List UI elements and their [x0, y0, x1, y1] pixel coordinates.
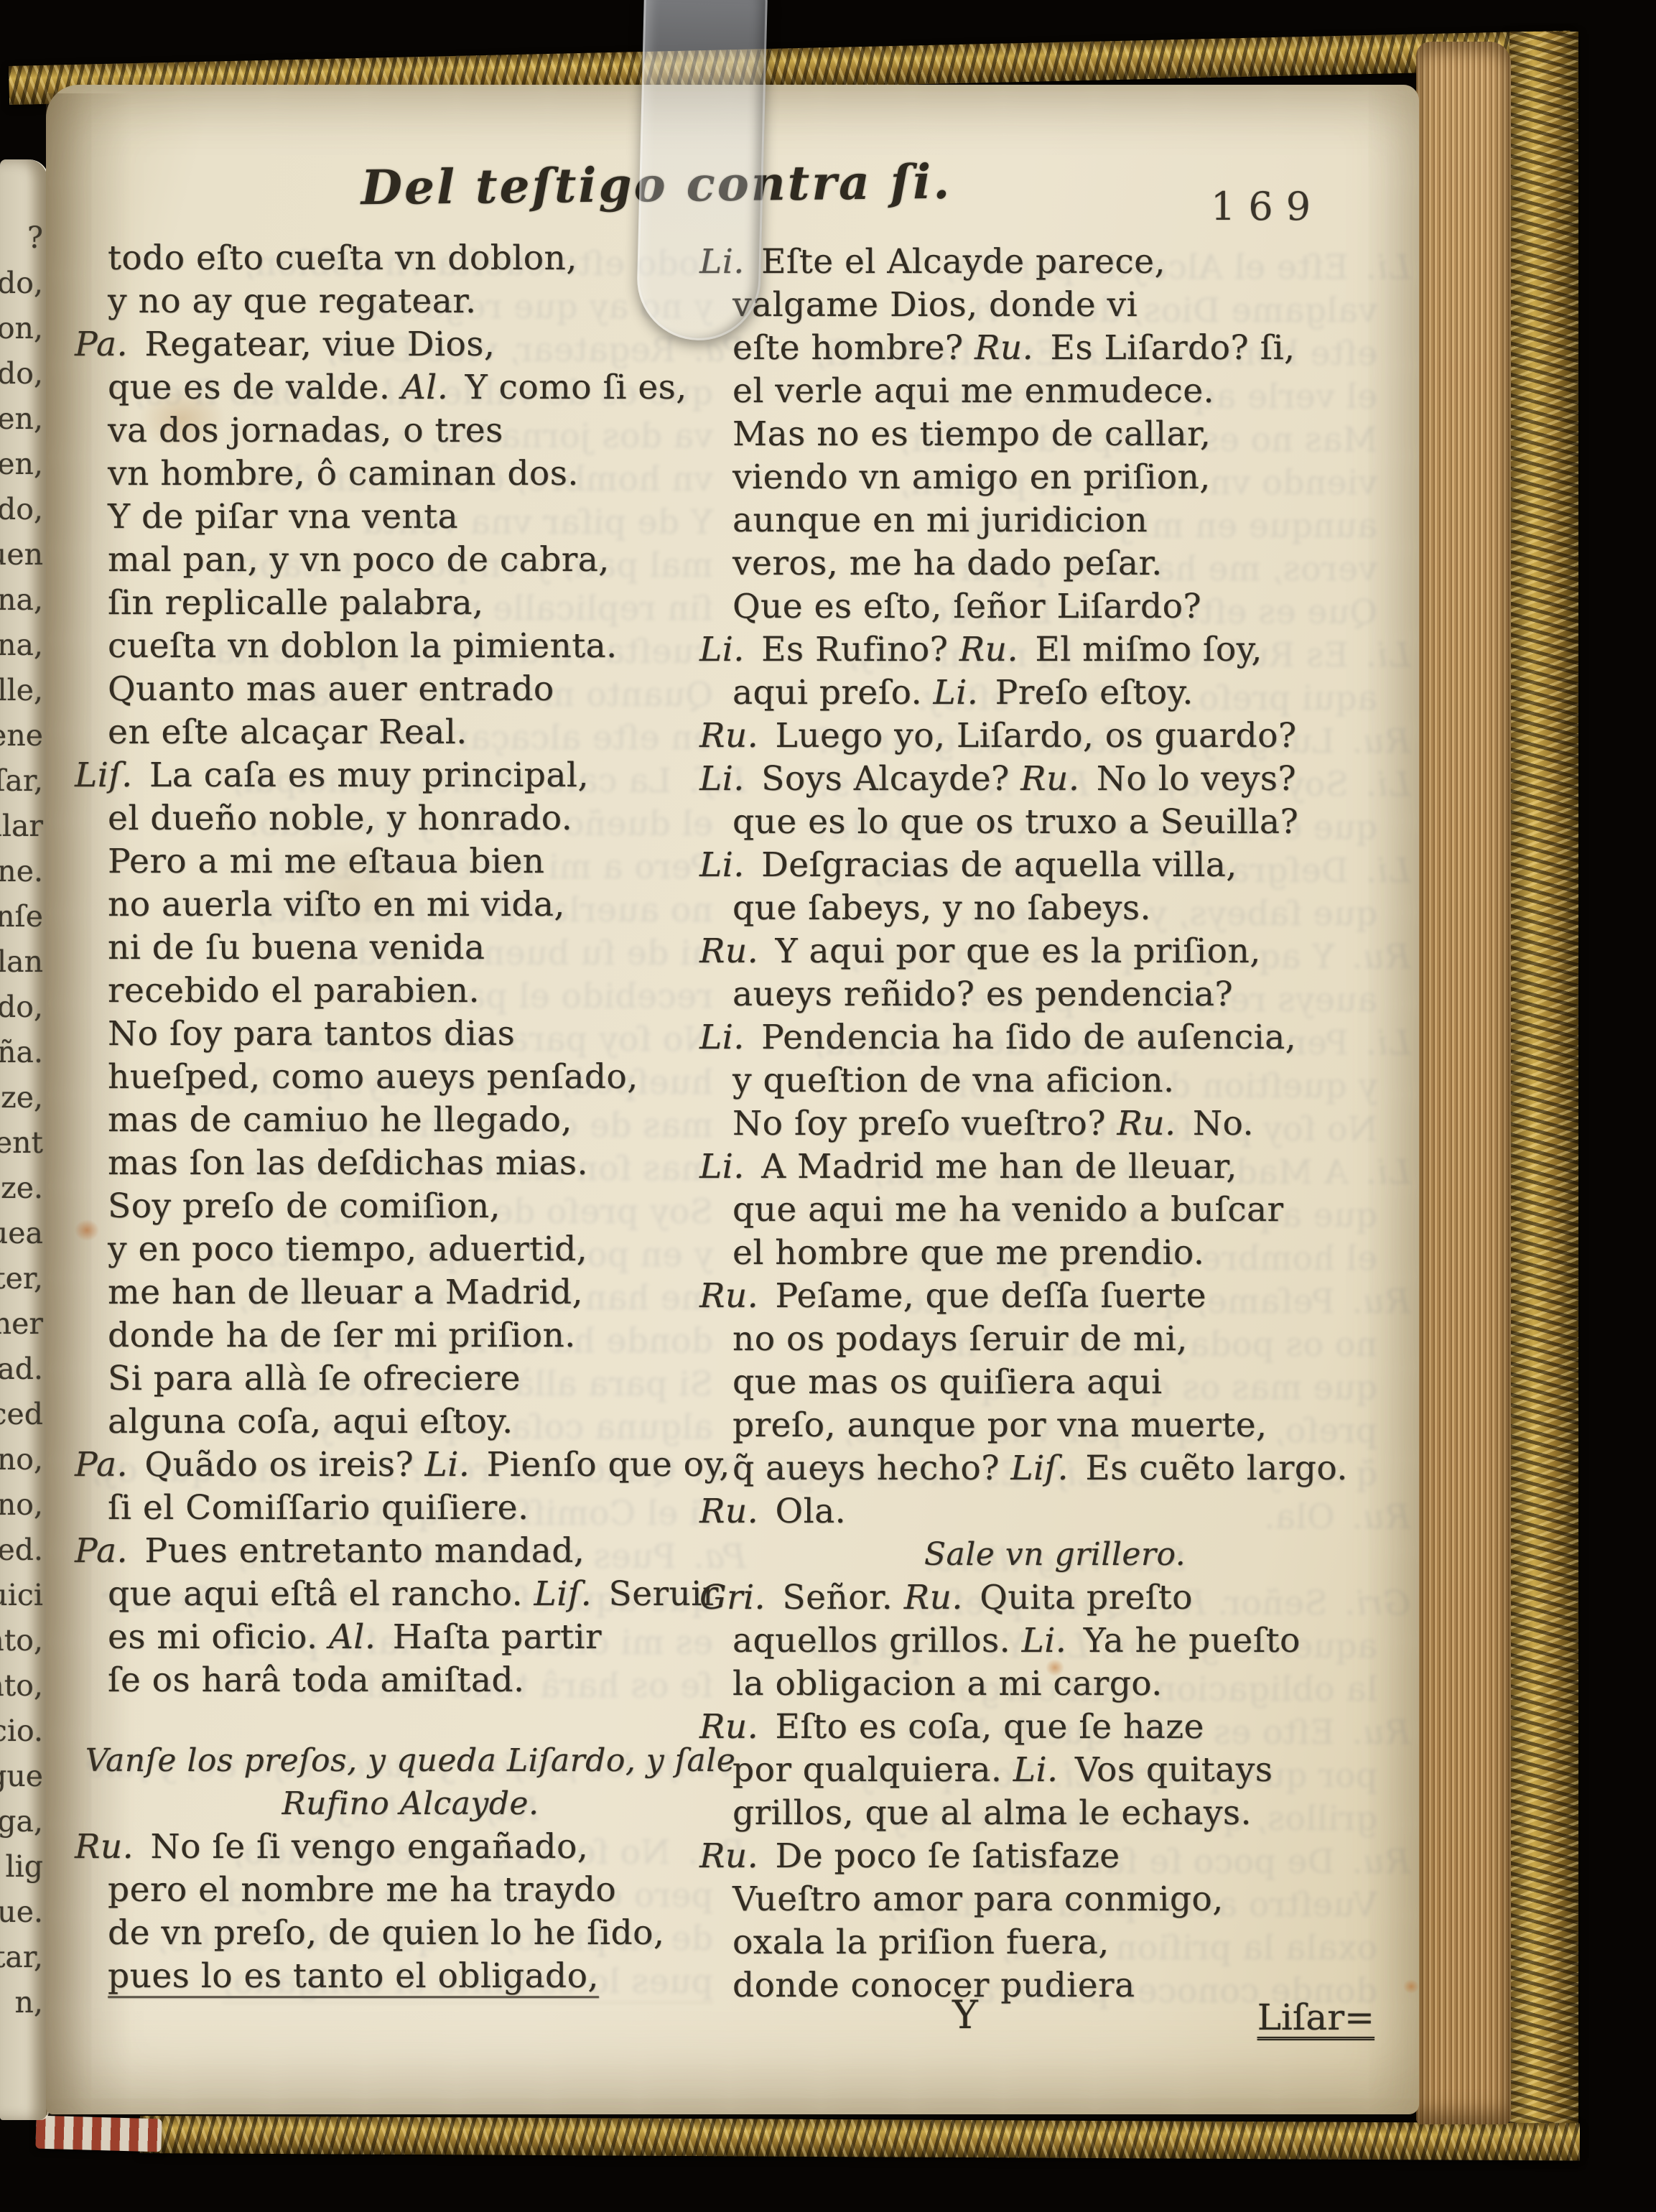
verse-line: va dos jornadas, o tres: [75, 409, 746, 452]
fragment-line: oona,: [0, 623, 43, 668]
verse-text: ni de ſu buena venida: [108, 928, 485, 967]
verse-text: el verle aqui me enmudece.: [732, 371, 1214, 411]
verse-line: aueys reñido? es pendencia?: [699, 973, 1410, 1016]
verse-text: Sale vn grillero.: [924, 1536, 1186, 1573]
verse-text: Deſgracias de aquella villa,: [750, 845, 1237, 885]
verse-text: Pero a mi me eſtaua bien: [108, 842, 544, 881]
verse-text: Ya he pueſto: [1072, 1621, 1301, 1660]
verse-line: q̃ aueys hecho? Liſ. Es cuẽto largo.: [699, 1447, 1410, 1490]
verse-text: Regatear, viue Dios,: [134, 325, 495, 364]
verse-text: Haſta partir: [381, 1617, 602, 1657]
photo-black-background: ?rado,ueſtion,enido,n bien,en,ebido,an b…: [0, 0, 1656, 2212]
verse-line: viendo vn amigo en priſion,: [699, 456, 1410, 499]
verse-text: ſin replicalle palabra,: [108, 583, 483, 623]
verse-line: de vn preſo, de quien lo he ſido,: [75, 1912, 746, 1955]
verse-line: Ru. Eſto es coſa, que ſe haze: [699, 1706, 1410, 1749]
speaker-abbreviation: Li.: [699, 1018, 750, 1057]
verse-text: El miſmo ſoy,: [1024, 630, 1262, 669]
verse-text: Eſte el Alcayde parece,: [750, 242, 1166, 282]
verse-line: hueſped, como aueys penſado,: [75, 1056, 746, 1099]
fragment-line: eſta gent: [0, 1120, 43, 1166]
verse-text: grillos, que al alma le echays.: [732, 1793, 1252, 1833]
verse-text: Vueſtro amor para conmigo,: [732, 1879, 1224, 1919]
speaker-abbreviation: Liſ.: [1010, 1449, 1074, 1488]
verse-text: No.: [1181, 1104, 1253, 1143]
verse-line: veros, me ha dado peſar.: [699, 542, 1410, 585]
verse-text: todo eſto cueſta vn doblon,: [108, 238, 577, 278]
verse-text: que mas os quiſiera aqui: [732, 1362, 1163, 1402]
speaker-abbreviation: Ru.: [974, 328, 1039, 368]
gilt-border-right: [1510, 32, 1578, 2156]
verse-text: aunque en mi juridicion: [732, 501, 1148, 540]
fragment-line: an buen: [0, 532, 43, 577]
signature-mark: Y: [886, 1992, 1044, 2037]
verse-line: aqui preſo. Li. Preſo eſtoy.: [699, 671, 1410, 715]
speaker-abbreviation: Al.: [401, 368, 454, 407]
verse-line: en eſte alcaçar Real.: [75, 711, 746, 754]
verse-text: Luego yo, Liſardo, os guardo?: [764, 716, 1296, 756]
verse-text: Señor.: [771, 1578, 904, 1617]
fragment-line: callar: [0, 804, 43, 849]
speaker-abbreviation: Li.: [1013, 1750, 1064, 1790]
verse-line: mas ſon las deſdichas mias.: [75, 1142, 746, 1185]
fragment-line: merced.: [0, 1528, 43, 1573]
verse-line: Pa. Pues entretanto mandad,: [75, 1530, 746, 1573]
verse-line: Ru. Luego yo, Liſardo, os guardo?: [699, 715, 1410, 758]
fragment-line: a luze.: [0, 1166, 43, 1211]
speaker-abbreviation: Li.: [425, 1445, 476, 1484]
verse-text: Quãdo os ireis?: [134, 1445, 425, 1484]
verse-text: La caſa es muy principal,: [139, 756, 589, 795]
verse-line: no auerla viſto en mi vida,: [75, 883, 746, 926]
speaker-abbreviation: Li.: [933, 673, 984, 712]
verse-line: el dueño noble, y honrado.: [75, 797, 746, 840]
speaker-abbreviation: Ru.: [1020, 759, 1085, 799]
left-column: todo eſto cueſta vn doblon,y no ay que r…: [75, 237, 746, 1998]
verse-line: ſi el Comiſſario quiſiere.: [75, 1487, 746, 1530]
verse-line: Liſ. La caſa es muy principal,: [75, 754, 746, 797]
fragment-line: i viene: [0, 713, 43, 758]
verse-text: Vanſe los preſos, y queda Liſardo, y ſal…: [85, 1742, 736, 1779]
fragment-line: n bien,: [0, 396, 43, 442]
fragment-line: pongan lig: [0, 1844, 43, 1890]
speaker-abbreviation: Li.: [699, 845, 750, 885]
fragment-line: ſter,: [0, 1256, 43, 1301]
verse-line: me han de lleuar a Madrid,: [75, 1271, 746, 1314]
fragment-line: ad.: [0, 1347, 43, 1392]
speaker-abbreviation: Ru.: [959, 630, 1024, 669]
verse-text: pues lo es tanto el obligado,: [108, 1956, 599, 1996]
verse-text: Preſo eſtoy.: [984, 673, 1194, 712]
verse-line: Li. Eſte el Alcayde parece,: [699, 241, 1410, 284]
verse-line: No ſoy para tantos dias: [75, 1013, 746, 1056]
verse-line: cueſta vn doblon la pimienta.: [75, 625, 746, 668]
verse-line: oxala la priſion fuera,: [699, 1921, 1410, 1964]
verse-line: Ru. Peſame, que deſſa ſuerte: [699, 1275, 1410, 1318]
book-fore-edge: [1416, 42, 1511, 2124]
verse-text: recebido el parabien.: [108, 971, 480, 1010]
verse-text: va dos jornadas, o tres: [108, 411, 503, 450]
verse-text: vn hombre, ô caminan dos.: [108, 454, 579, 493]
verse-line: es mi oficio. Al. Haſta partir: [75, 1616, 746, 1659]
fragment-line: a viſitar,: [0, 1935, 43, 1980]
adjacent-page-fragments: ?rado,ueſtion,enido,n bien,en,ebido,an b…: [0, 215, 43, 2025]
verse-text: mas de camiuo he llegado,: [108, 1100, 572, 1140]
verse-line: aunque en mi juridicion: [699, 499, 1410, 542]
speaker-abbreviation: Ru.: [699, 931, 764, 971]
verse-text: Y de piſar vna venta: [108, 497, 458, 536]
verse-text: mal pan, y vn poco de cabra,: [108, 540, 610, 580]
stage-direction: Vanſe los preſos, y queda Liſardo, y ſal…: [75, 1739, 746, 1783]
verse-line: pues lo es tanto el obligado,: [75, 1955, 746, 1998]
verse-text: ſe os harâ toda amiſtad.: [108, 1660, 524, 1700]
speaker-abbreviation: Ru.: [699, 1276, 764, 1316]
fragment-line: ña.: [0, 1030, 43, 1075]
verse-line: Pa. Quãdo os ireis? Li. Pienſo que oy,: [75, 1444, 746, 1487]
speaker-abbreviation: Pa.: [75, 325, 134, 364]
verse-text: Y como ſi es,: [454, 368, 687, 407]
verse-text: es mi oficio.: [108, 1617, 329, 1657]
verse-text: que ſabeys, y no ſabeys.: [732, 888, 1151, 928]
verse-line: que aqui eſtâ el rancho. Liſ. Seruir: [75, 1573, 746, 1616]
speaker-abbreviation: Ru.: [699, 1492, 764, 1531]
verse-line: vn hombre, ô caminan dos.: [75, 452, 746, 496]
verse-line: mas de camiuo he llegado,: [75, 1099, 746, 1142]
fragment-line: e no juegue: [0, 1754, 43, 1799]
verse-text: en eſte alcaçar Real.: [108, 712, 468, 752]
speaker-abbreviation: Li.: [699, 1147, 750, 1186]
page-number: 169: [1211, 184, 1324, 229]
verse-text: Soys Alcayde?: [750, 759, 1020, 799]
speaker-abbreviation: Liſ.: [534, 1574, 598, 1614]
verse-line: y en poco tiempo, aduertid,: [75, 1228, 746, 1271]
verse-text: Mas no es tiempo de callar,: [732, 414, 1211, 454]
verse-line: Y de piſar vna venta: [75, 496, 746, 539]
verse-line: grillos, que al alma le echays.: [699, 1792, 1410, 1835]
verse-text: Que es eſto, ſeñor Liſardo?: [732, 587, 1201, 626]
verse-line: pero el nombre me ha traydo: [75, 1869, 746, 1912]
verse-line: no os podays ſeruir de mi,: [699, 1318, 1410, 1361]
verse-text: No ſe ſi vengo engañado,: [139, 1827, 588, 1867]
fragment-line: antiguea: [0, 1211, 43, 1256]
verse-line: que ſabeys, y no ſabeys.: [699, 887, 1410, 930]
verse-line: Li. Deſgracias de aquella villa,: [699, 844, 1410, 887]
verse-line: preſo, aunque por vna muerte,: [699, 1404, 1410, 1447]
verse-text: viendo vn amigo en priſion,: [732, 457, 1211, 497]
verse-line: No ſoy preſo vueſtro? Ru. No.: [699, 1102, 1410, 1145]
catchword: Liſar=: [1130, 1997, 1374, 2038]
speaker-abbreviation: Ru.: [904, 1578, 969, 1617]
adjacent-page-edge: ?rado,ueſtion,enido,n bien,en,ebido,an b…: [0, 159, 47, 2120]
fragment-line: e pegue.: [0, 1890, 43, 1935]
verse-text: por qualquiera.: [732, 1750, 1013, 1790]
verse-line: ni de ſu buena venida: [75, 926, 746, 970]
verse-text: Pienſo que oy,: [475, 1445, 730, 1484]
verse-line: Ru. Ola.: [699, 1490, 1410, 1533]
verse-text: preſo, aunque por vna muerte,: [732, 1405, 1267, 1445]
verse-line: Gri. Señor. Ru. Quita preſto: [699, 1576, 1410, 1619]
verse-line: Li. A Madrid me han de lleuar,: [699, 1145, 1410, 1189]
fragment-line: ebido,: [0, 487, 43, 532]
verse-line: la obligacion a mi cargo.: [699, 1663, 1410, 1706]
fragment-line: ene.: [0, 849, 43, 894]
verse-line: Soy preſo de comiſion,: [75, 1185, 746, 1228]
fragment-line: e, y vicio.: [0, 1709, 43, 1754]
stage-direction: Sale vn grillero.: [699, 1533, 1410, 1576]
verse-text: que es de valde.: [108, 368, 401, 407]
verse-text: Quita preſto: [969, 1578, 1193, 1617]
verse-line: recebido el parabien.: [75, 970, 746, 1013]
verse-line: Pero a mi me eſtaua bien: [75, 840, 746, 883]
verse-text: A Madrid me han de lleuar,: [750, 1147, 1237, 1186]
verse-line: que es lo que os truxo a Seuilla?: [699, 801, 1410, 844]
verse-text: veros, me ha dado peſar.: [732, 544, 1163, 583]
verse-text: no auerla viſto en mi vida,: [108, 885, 565, 924]
verse-line: ſin replicalle palabra,: [75, 582, 746, 625]
verse-line: donde ha de ſer mi priſion.: [75, 1314, 746, 1357]
speaker-abbreviation: Ru.: [699, 1836, 764, 1876]
verse-line: Quanto mas auer entrado: [75, 668, 746, 711]
verse-text: cueſta vn doblon la pimienta.: [108, 626, 618, 666]
verse-line: el hombre que me prendio.: [699, 1232, 1410, 1275]
verse-text: Es cuẽto largo.: [1074, 1449, 1348, 1488]
verse-line: valgame Dios, donde vi: [699, 284, 1410, 327]
fragment-line: ced: [0, 1392, 43, 1437]
fragment-line: ueſtion,: [0, 306, 43, 351]
right-column: Li. Eſte el Alcayde parece,valgame Dios,…: [699, 241, 1410, 2007]
verse-line: eſte hombre? Ru. Es Liſardo? ſi,: [699, 327, 1410, 370]
speaker-abbreviation: Li.: [699, 759, 750, 799]
speaker-abbreviation: Pa.: [75, 1531, 134, 1571]
fragment-line: vn ſeruici: [0, 1573, 43, 1618]
speaker-abbreviation: Gri.: [699, 1578, 771, 1617]
verse-text: que aqui eſtâ el rancho.: [108, 1574, 534, 1614]
verse-text: Ola.: [764, 1492, 846, 1531]
verse-text: valgame Dios, donde vi: [732, 285, 1138, 325]
verse-text: alguna coſa, aqui eſtoy.: [108, 1402, 513, 1441]
fragment-line: riuano,: [0, 1482, 43, 1528]
speaker-abbreviation: Li.: [699, 630, 750, 669]
verse-text: Vos quitays: [1064, 1750, 1273, 1790]
verse-text: Eſto es coſa, que ſe haze: [764, 1707, 1204, 1747]
verse-line: el verle aqui me enmudece.: [699, 370, 1410, 413]
gilt-border-bottom: [140, 2116, 1580, 2160]
fragment-line: calle,: [0, 668, 43, 713]
speaker-abbreviation: Ru.: [75, 1827, 139, 1867]
verse-text: el hombre que me prendio.: [732, 1233, 1204, 1273]
fragment-line: en,: [0, 442, 43, 487]
speaker-abbreviation: Pa.: [75, 1445, 134, 1484]
verse-text: De poco ſe ſatisfaze: [764, 1836, 1120, 1876]
verse-line: Vueſtro amor para conmigo,: [699, 1878, 1410, 1921]
verse-text: Peſame, que deſſa ſuerte: [764, 1276, 1206, 1316]
verse-line: que mas os quiſiera aqui: [699, 1361, 1410, 1404]
speaker-abbreviation: Li.: [1022, 1621, 1073, 1660]
fragment-line: erſona,: [0, 577, 43, 623]
verse-line: Li. Es Rufino? Ru. El miſmo ſoy,: [699, 628, 1410, 671]
verse-line: Ru. Y aqui por que es la priſion,: [699, 930, 1410, 973]
verse-line: mal pan, y vn poco de cabra,: [75, 539, 746, 582]
speaker-abbreviation: Al.: [329, 1617, 381, 1657]
fragment-line: ?: [0, 215, 43, 261]
verse-text: aueys reñido? es pendencia?: [732, 975, 1233, 1014]
verse-text: Y aqui por que es la priſion,: [764, 931, 1261, 971]
page-holder-clip: [636, 0, 768, 342]
verse-text: hueſped, como aueys penſado,: [108, 1057, 638, 1097]
fragment-line: tener: [0, 1301, 43, 1347]
verse-text: No ſoy preſo vueſtro?: [732, 1104, 1117, 1143]
verse-text: No lo veys?: [1085, 759, 1296, 799]
verse-text: No ſoy para tantos dias: [108, 1014, 515, 1054]
verse-line: Mas no es tiempo de callar,: [699, 413, 1410, 456]
verse-text: aqui preſo.: [732, 673, 933, 712]
verse-line: que es de valde. Al. Y como ſi es,: [75, 366, 746, 409]
fragment-line: oſento,: [0, 1663, 43, 1709]
speaker-abbreviation: Liſ.: [75, 756, 139, 795]
verse-text: mas ſon las deſdichas mias.: [108, 1143, 588, 1183]
verse-text: la obligacion a mi cargo.: [732, 1664, 1163, 1704]
fragment-line: yo le diga,: [0, 1799, 43, 1844]
verse-text: que es lo que os truxo a Seuilla?: [732, 802, 1298, 842]
verse-text: Pendencia ha ſido de auſencia,: [750, 1018, 1296, 1057]
verse-text: y queſtion de vna aficion.: [732, 1061, 1174, 1100]
book-page: Del teſtigo contra ſi. 169 todo eſto cue…: [46, 85, 1419, 2114]
verse-text: donde ha de ſer mi priſion.: [108, 1316, 576, 1355]
verse-text: aquellos grillos.: [732, 1621, 1022, 1660]
verse-text: el dueño noble, y honrado.: [108, 799, 572, 838]
fragment-line: lojamiento,: [0, 1618, 43, 1663]
fragment-line: ue ſe enſe: [0, 894, 43, 939]
fragment-line: nano,: [0, 1437, 43, 1482]
verse-line: y queſtion de vna aficion.: [699, 1059, 1410, 1102]
verse-text: me han de lleuar a Madrid,: [108, 1273, 583, 1312]
verse-text: Es Rufino?: [750, 630, 959, 669]
verse-line: alguna coſa, aqui eſtoy.: [75, 1400, 746, 1444]
verse-text: y no ay que regatear.: [108, 282, 476, 321]
fragment-line: troduze,: [0, 1075, 43, 1120]
verse-line: Ru. No ſe ſi vengo engañado,: [75, 1826, 746, 1869]
fragment-line: temblan: [0, 939, 43, 985]
verse-line: Ru. De poco ſe ſatisfaze: [699, 1835, 1410, 1878]
verse-text: Pues entretanto mandad,: [134, 1531, 585, 1571]
verse-text: de vn preſo, de quien lo he ſido,: [108, 1913, 664, 1953]
verse-text: q̃ aueys hecho?: [732, 1449, 1010, 1488]
verse-text: que aqui me ha venido a buſcar: [732, 1190, 1284, 1230]
verse-line: Que es eſto, ſeñor Liſardo?: [699, 585, 1410, 628]
verse-line: ſe os harâ toda amiſtad.: [75, 1659, 746, 1702]
verse-text: Quanto mas auer entrado: [108, 669, 554, 709]
speaker-abbreviation: Ru.: [699, 716, 764, 756]
speaker-abbreviation: Ru.: [699, 1707, 764, 1747]
verse-text: Si para allà ſe ofreciere: [108, 1359, 521, 1398]
verse-text: eſte hombre?: [732, 328, 974, 368]
fragment-line: callando,: [0, 985, 43, 1030]
verse-text: ſi el Comiſſario quiſiere.: [108, 1488, 529, 1528]
verse-line: Li. Pendencia ha ſido de auſencia,: [699, 1016, 1410, 1059]
verse-line: Si para allà ſe ofreciere: [75, 1357, 746, 1400]
stage-direction: Rufino Alcayde.: [75, 1783, 746, 1826]
fragment-line: enido,: [0, 351, 43, 396]
verse-line: Li. Soys Alcayde? Ru. No lo veys?: [699, 758, 1410, 801]
verse-text: no os podays ſeruir de mi,: [732, 1319, 1188, 1359]
verse-text: Es Liſardo? ſi,: [1039, 328, 1295, 368]
verse-text: pero el nombre me ha traydo: [108, 1870, 616, 1910]
verse-line: Pa. Regatear, viue Dios,: [75, 323, 746, 366]
fragment-line: rado,: [0, 261, 43, 306]
verse-text: oxala la priſion fuera,: [732, 1923, 1110, 1962]
speaker-abbreviation: Ru.: [1117, 1104, 1181, 1143]
verse-line: que aqui me ha venido a buſcar: [699, 1189, 1410, 1232]
verse-text: Soy preſo de comiſion,: [108, 1186, 501, 1226]
verse-line: por qualquiera. Li. Vos quitays: [699, 1749, 1410, 1792]
verse-line: aquellos grillos. Li. Ya he pueſto: [699, 1619, 1410, 1663]
fragment-line: ſar,: [0, 758, 43, 804]
fragment-line: n,: [0, 1980, 43, 2025]
verse-text: Rufino Alcayde.: [282, 1785, 539, 1822]
endband: [35, 2116, 162, 2152]
verse-text: y en poco tiempo, aduertid,: [108, 1230, 587, 1269]
